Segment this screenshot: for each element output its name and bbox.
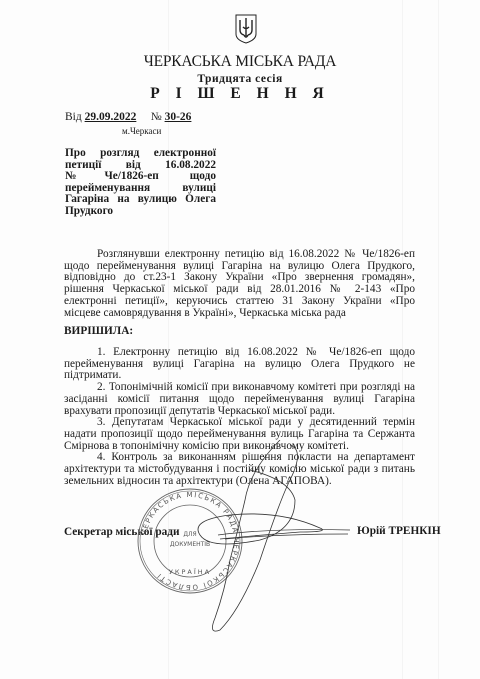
handwritten-signature: [130, 440, 350, 640]
subject-heading: Про розгляд електронної петиції від 16.0…: [65, 148, 216, 218]
decision-number: 30-26: [165, 111, 192, 123]
decision-item: 1. Електронну петицію від 16.08.2022 № Ч…: [64, 347, 415, 382]
subject-line: №Че/1826-еп щодо: [65, 170, 216, 182]
session-title: Тридцята сесія: [0, 73, 480, 85]
decision-date: 29.09.2022: [85, 111, 137, 123]
date-number-line: Від 29.09.2022 № 30-26: [65, 111, 191, 123]
city: м.Черкаси: [122, 126, 161, 136]
document-page: ЧЕРКАСЬКА МІСЬКА РАДА Тридцята сесія Р І…: [0, 0, 480, 679]
date-prefix: Від: [65, 111, 82, 123]
council-name: ЧЕРКАСЬКА МІСЬКА РАДА: [0, 53, 480, 71]
subject-line: Гагаріна на вулицю Олега: [65, 193, 216, 205]
subject-line: Про розгляд електронної: [65, 147, 216, 159]
preamble: Розглянувши електронну петицію від 16.08…: [64, 249, 415, 319]
preamble-text: Розглянувши електронну петицію від 16.08…: [64, 249, 415, 319]
subject-line: петиції від 16.08.2022: [65, 159, 216, 171]
document-type: Р І Ш Е Н Н Я: [0, 85, 480, 103]
subject-line: Прудкого: [65, 206, 216, 218]
decision-item: 2. Топонімічній комісії при виконавчому …: [64, 382, 415, 417]
number-prefix: №: [151, 111, 162, 123]
tryzub-coat-of-arms-icon: [235, 14, 257, 44]
signatory-name: Юрій ТРЕНКІН: [357, 525, 441, 537]
resolved-label: ВИРІШИЛА:: [64, 325, 133, 337]
subject-line: перейменування вулиці: [65, 182, 216, 194]
